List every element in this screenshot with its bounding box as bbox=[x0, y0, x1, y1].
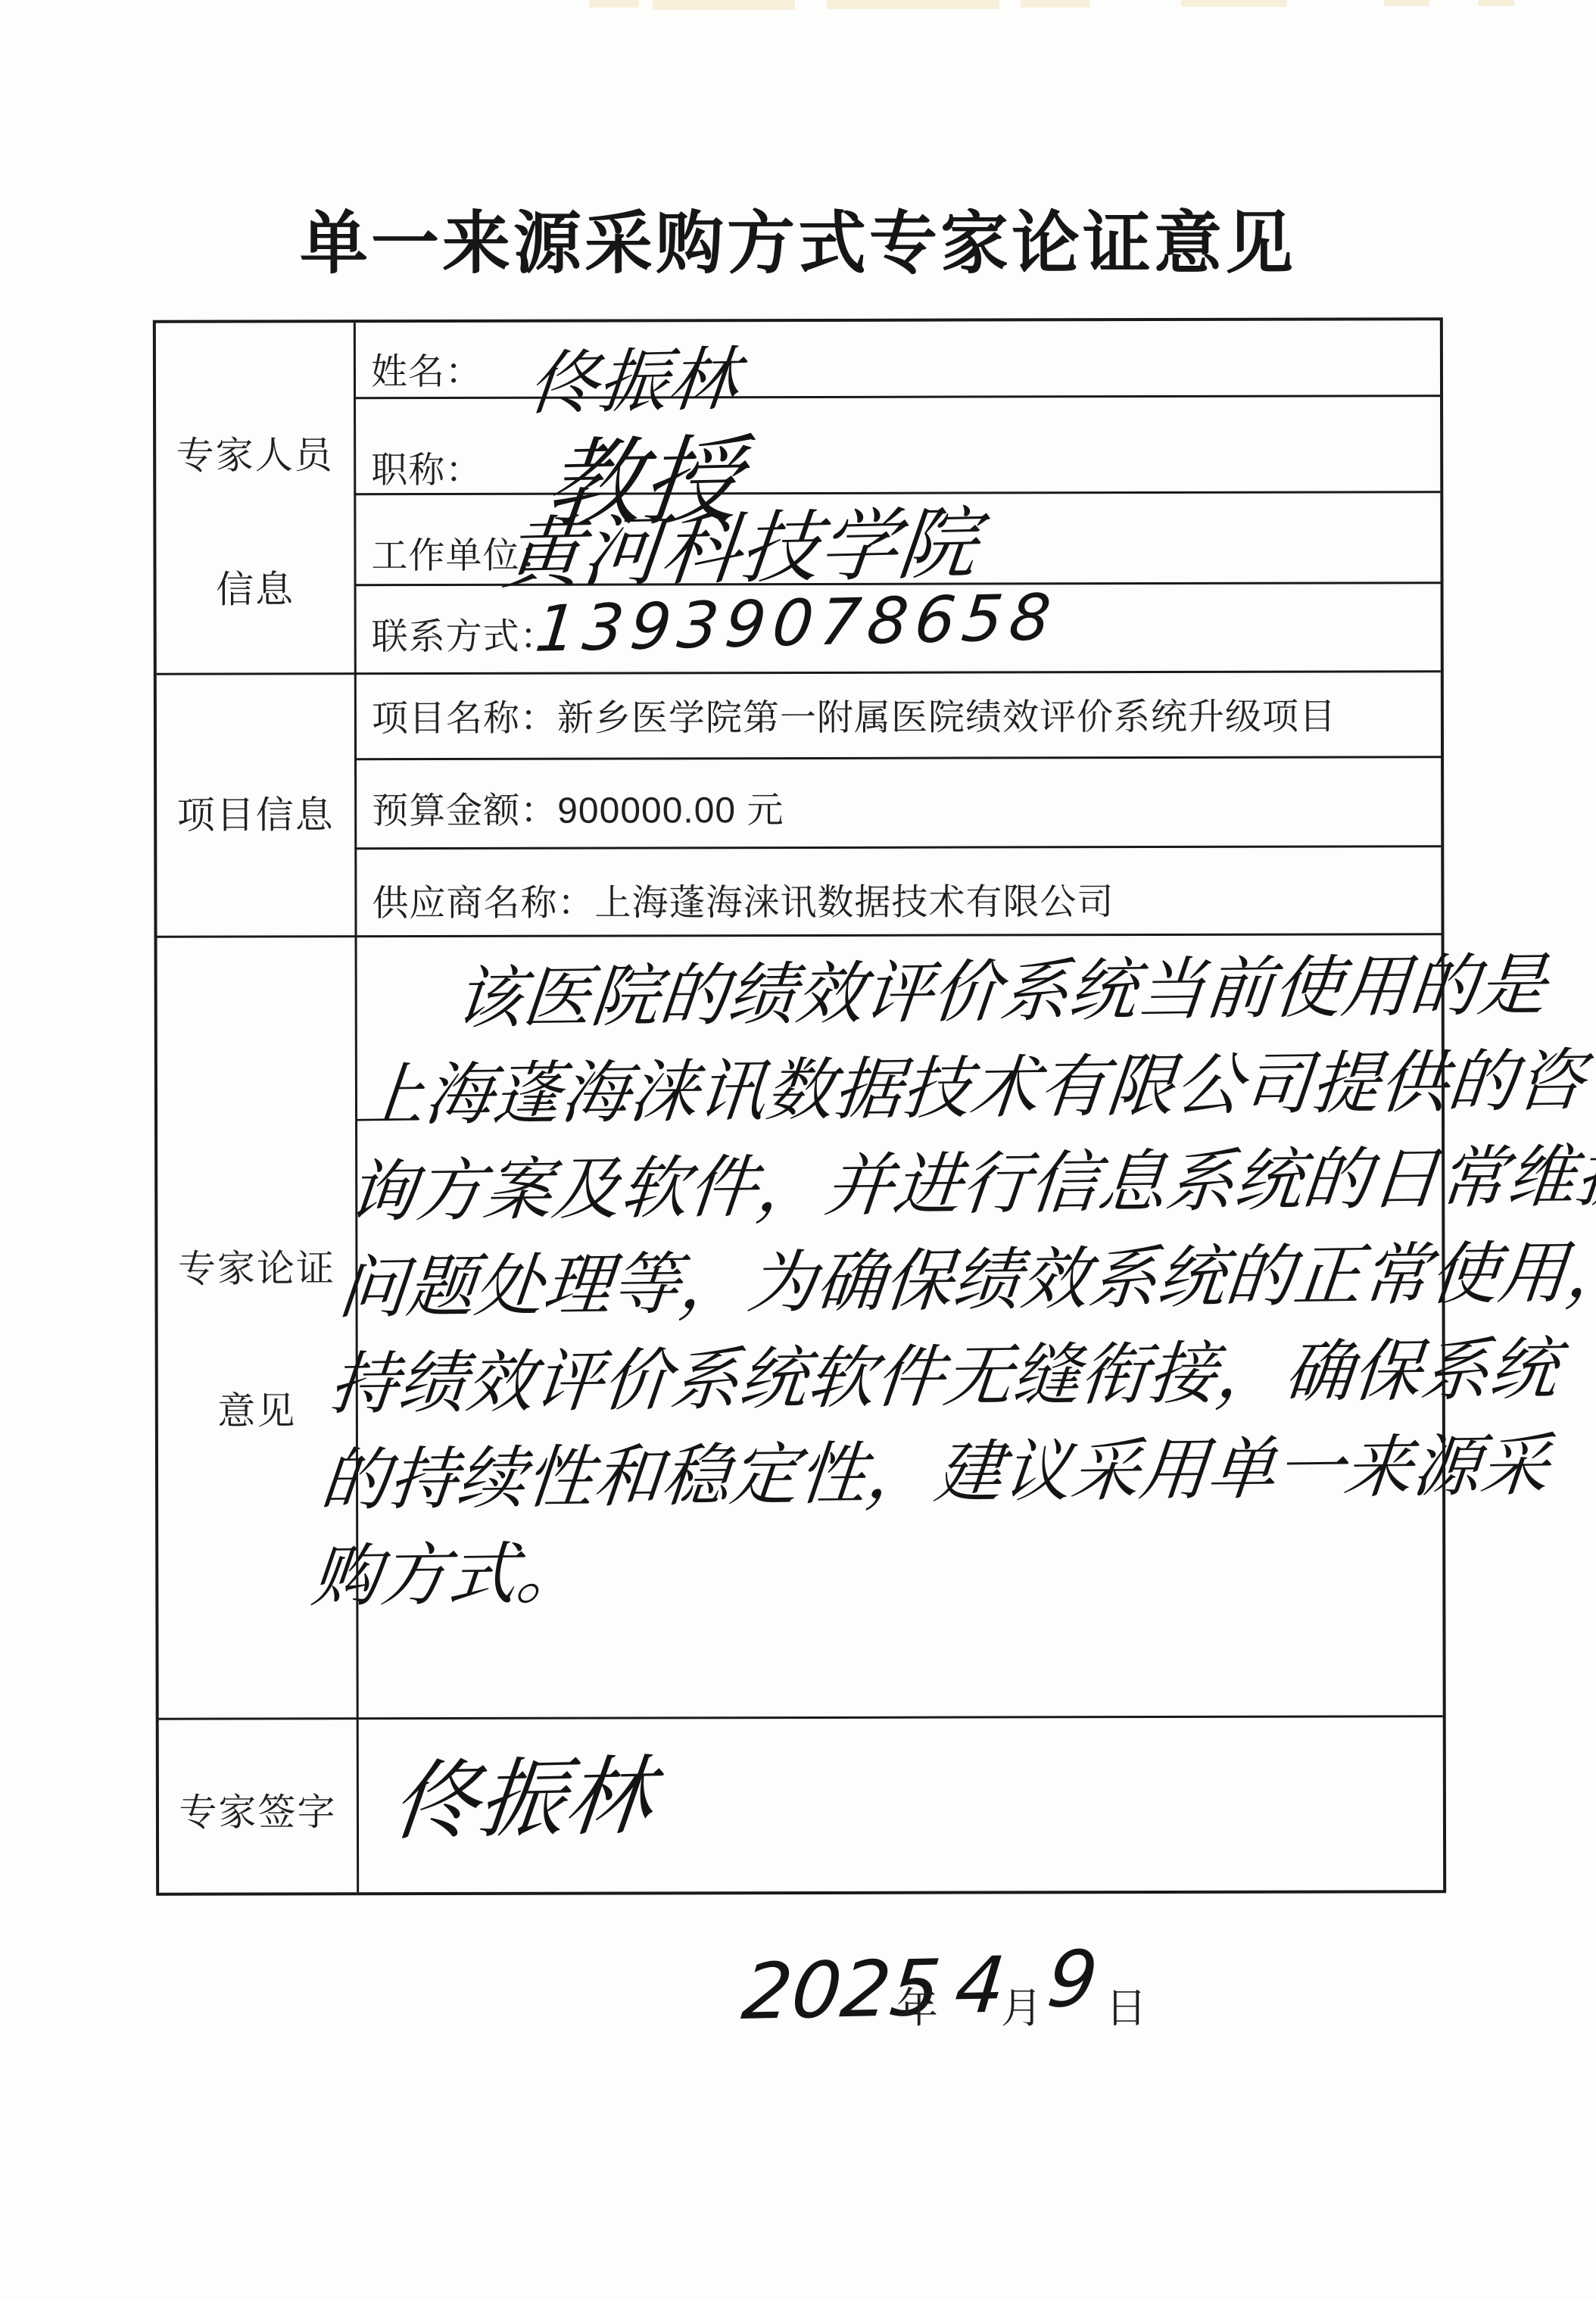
opinion-line: 问题处理等，为确保绩效系统的正常使用，保 bbox=[335, 1227, 1404, 1337]
scan-artifact bbox=[1181, 0, 1287, 7]
supplier-row: 供应商名称：上海蓬海涞讯数据技术有限公司 bbox=[372, 872, 1114, 926]
field-label-contact: 联系方式： bbox=[372, 607, 557, 660]
form-table: 专家人员 信息 姓名： 佟振林 职称： 教授 工作单位： 黄河科技学院 联系方式… bbox=[153, 317, 1446, 1896]
row-divider bbox=[354, 845, 1441, 850]
field-label-budget: 预算金额： bbox=[372, 791, 557, 832]
section-divider bbox=[159, 1715, 1443, 1720]
scan-artifact bbox=[827, 0, 999, 9]
month-label: 月 bbox=[1001, 1975, 1043, 2034]
section-label-opinion-line1: 专家论证 bbox=[157, 1238, 355, 1293]
opinion-line: 购方式。 bbox=[307, 1516, 1377, 1626]
section-label-project-info: 项目信息 bbox=[157, 784, 354, 840]
opinion-line: 上海蓬海涞讯数据技术有限公司提供的咨 bbox=[352, 1035, 1422, 1145]
handwritten-opinion: 该医院的绩效评价系统当前使用的是 上海蓬海涞讯数据技术有限公司提供的咨 询方案及… bbox=[307, 939, 1431, 1626]
supplier-value: 上海蓬海涞讯数据技术有限公司 bbox=[594, 882, 1114, 923]
field-label-name: 姓名： bbox=[371, 342, 482, 394]
section-divider bbox=[157, 670, 1441, 675]
project-name-row: 项目名称：新乡医学院第一附属医院绩效评价系统升级项目 bbox=[372, 687, 1336, 742]
project-name-value: 新乡医学院第一附属医院绩效评价系统升级项目 bbox=[557, 697, 1336, 739]
year-label: 年 bbox=[896, 1975, 938, 2034]
day-label: 日 bbox=[1105, 1975, 1147, 2034]
opinion-line: 持绩效评价系统软件无缝衔接，确保系统 bbox=[326, 1324, 1395, 1433]
section-divider bbox=[157, 933, 1442, 938]
scan-artifact bbox=[1021, 0, 1090, 8]
section-label-expert-info-line2: 信息 bbox=[156, 559, 354, 614]
opinion-line: 询方案及软件，并进行信息系统的日常维护和 bbox=[343, 1131, 1413, 1241]
scanned-document-page: 单一来源采购方式专家论证意见 专家人员 信息 姓名： 佟振林 职称： 教授 工作… bbox=[0, 0, 1596, 2301]
scan-artifact bbox=[589, 0, 639, 8]
scan-artifact bbox=[1478, 0, 1514, 6]
section-label-signature: 专家签字 bbox=[159, 1782, 357, 1837]
field-label-supplier: 供应商名称： bbox=[372, 884, 594, 924]
budget-row: 预算金额：900000.00 元 bbox=[372, 781, 784, 834]
section-label-expert-info-line1: 专家人员 bbox=[156, 425, 354, 480]
opinion-line: 的持续性和稳定性，建议采用单一来源采 bbox=[316, 1420, 1386, 1529]
opinion-line: 该医院的绩效评价系统当前使用的是 bbox=[361, 939, 1431, 1049]
handwritten-signature: 佟振林 bbox=[387, 1726, 659, 1857]
field-label-title: 职称： bbox=[371, 441, 482, 493]
scan-artifact bbox=[653, 0, 795, 10]
handwritten-day: 9 bbox=[1043, 1935, 1102, 2025]
row-divider bbox=[354, 756, 1441, 760]
handwritten-phone: 13939078658 bbox=[532, 580, 1061, 666]
document-title: 单一来源采购方式专家论证意见 bbox=[0, 188, 1596, 286]
budget-value: 900000.00 元 bbox=[557, 790, 784, 831]
row-divider bbox=[354, 394, 1440, 399]
scan-artifact bbox=[1384, 0, 1429, 6]
field-label-project-name: 项目名称： bbox=[372, 699, 557, 740]
